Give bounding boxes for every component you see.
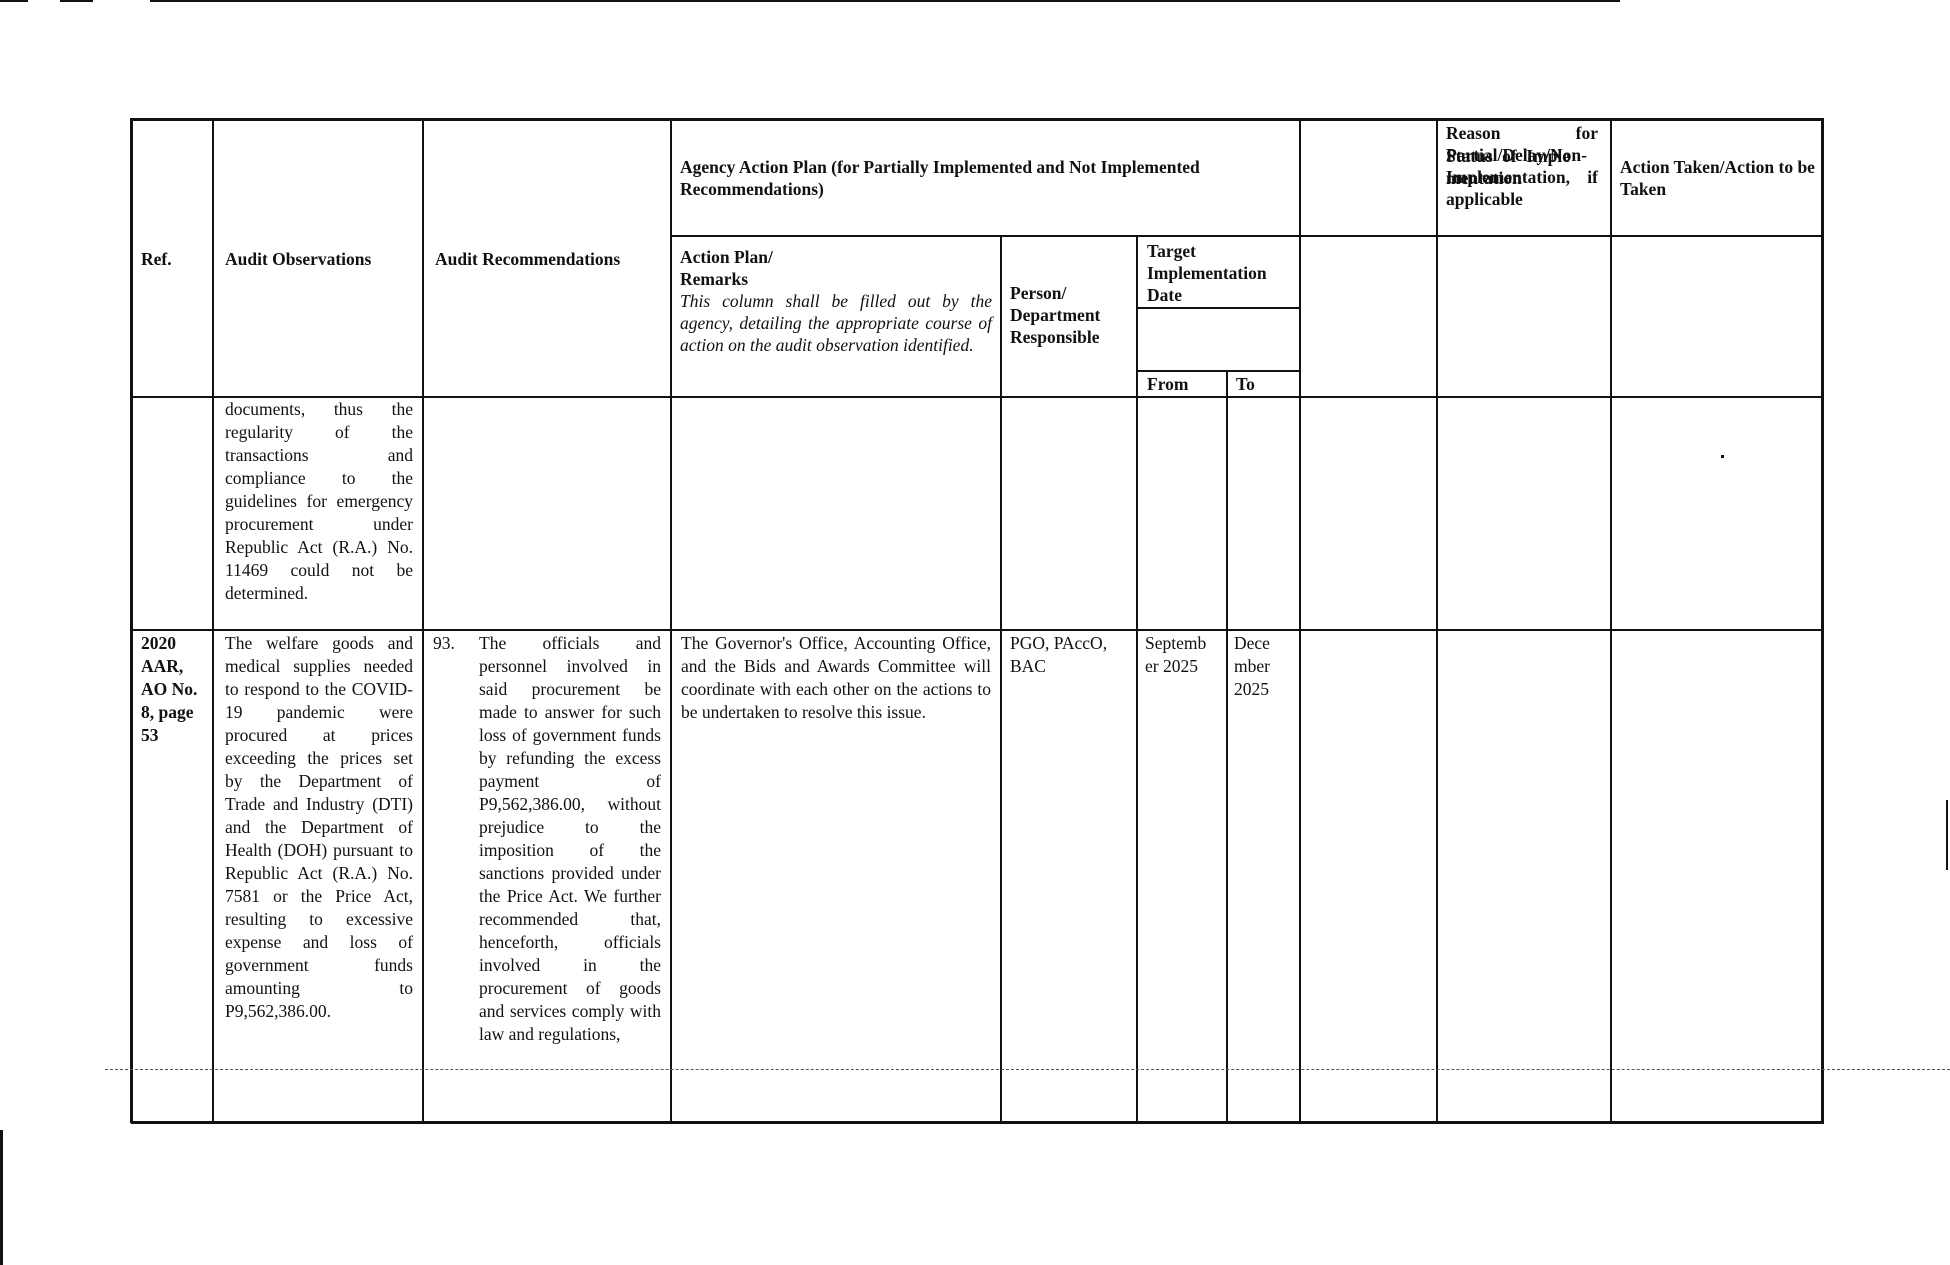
header-audit-recommendations: Audit Recommendations [435, 248, 667, 270]
scan-edge-line [60, 0, 93, 2]
header-person-department: Person/ Department Responsible [1010, 282, 1130, 348]
header-action-plan-title: Action Plan/ [680, 246, 992, 268]
recommendation-text: The officials and personnel involved in … [479, 632, 661, 1046]
header-ref: Ref. [141, 248, 207, 270]
header-reason: Reason for Partial/Delay/Non-Implementat… [1446, 122, 1598, 210]
header-action-plan-instruction: This column shall be filled out by the a… [680, 290, 992, 356]
row-2-audit-observation: The welfare goods and medical supplies n… [225, 632, 413, 1023]
row-2-to-date: December 2025 [1234, 632, 1282, 701]
page-break-line [105, 1069, 1950, 1070]
header-to: To [1236, 373, 1296, 395]
recommendation-number: 93. [433, 632, 455, 655]
header-audit-observations: Audit Observations [225, 248, 420, 270]
scan-edge-line [150, 0, 1620, 2]
header-from: From [1147, 373, 1225, 395]
header-target-implementation-date: Target Implementation Date [1147, 240, 1297, 306]
scan-edge-line [0, 0, 28, 2]
row-2-ref: 2020 AAR, AO No. 8, page 53 [141, 632, 207, 747]
scan-edge-line [0, 1130, 3, 1265]
row-2-action-plan: The Governor's Office, Accounting Office… [681, 632, 991, 724]
row-2-from-date: September 2025 [1145, 632, 1211, 678]
header-agency-action-plan: Agency Action Plan (for Partially Implem… [680, 156, 1295, 200]
row-2-audit-recommendation: 93. The officials and personnel involved… [433, 632, 661, 1046]
row-2-person-responsible: PGO, PAccO, BAC [1010, 632, 1132, 678]
row-1-audit-observation: documents, thus the regularity of the tr… [225, 398, 413, 605]
header-remarks-title: Remarks [680, 268, 992, 290]
stray-mark [1721, 455, 1724, 458]
header-action-plan-remarks: Action Plan/ Remarks This column shall b… [680, 246, 992, 356]
scan-edge-line [1946, 800, 1948, 870]
header-action-taken: Action Taken/Action to be Taken [1620, 156, 1815, 200]
